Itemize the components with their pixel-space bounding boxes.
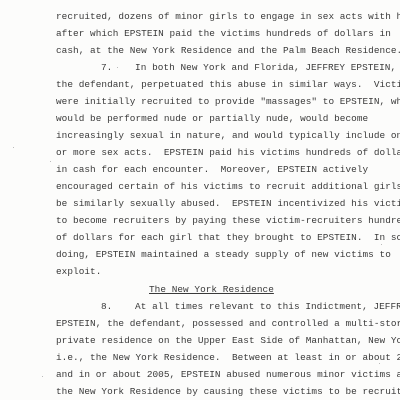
scan-speck xyxy=(381,244,382,245)
text-line: exploit. xyxy=(56,266,101,278)
text-line: after which EPSTEIN paid the victims hun… xyxy=(56,28,391,40)
text-line: or more sex acts. EPSTEIN paid his victi… xyxy=(56,147,400,159)
text-line: be similarly sexually abused. EPSTEIN in… xyxy=(56,198,400,210)
scan-speck xyxy=(379,363,380,364)
scan-speck xyxy=(42,376,43,377)
text-line: cash, at the New York Residence and the … xyxy=(56,45,400,57)
text-line: doing, EPSTEIN maintained a steady suppl… xyxy=(56,249,391,261)
text-line: the New York Residence by causing these … xyxy=(56,386,400,398)
text-line: were initially recruited to provide "mas… xyxy=(56,96,400,108)
text-line: private residence on the Upper East Side… xyxy=(56,335,400,347)
text-line: in cash for each encounter. Moreover, EP… xyxy=(56,164,368,176)
scan-speck xyxy=(50,161,51,162)
text-line: recruited, dozens of minor girls to enga… xyxy=(56,11,400,23)
text-line: encouraged certain of his victims to rec… xyxy=(56,181,400,193)
text-line: of dollars for each girl that they broug… xyxy=(56,232,400,244)
text-line: increasingly sexual in nature, and would… xyxy=(56,130,400,142)
text-line: would be performed nude or partially nud… xyxy=(56,113,368,125)
section-heading: The New York Residence xyxy=(149,284,274,296)
text-line: the defendant, perpetuated this abuse in… xyxy=(56,79,400,91)
text-line: to become recruiters by paying these vic… xyxy=(56,215,400,227)
text-line: i.e., the New York Residence. Between at… xyxy=(56,352,400,364)
text-line: 8. At all times relevant to this Indictm… xyxy=(101,301,400,313)
text-line: EPSTEIN, the defendant, possessed and co… xyxy=(56,318,400,330)
scan-speck xyxy=(13,147,14,148)
scan-speck xyxy=(117,67,118,68)
document-page: recruited, dozens of minor girls to enga… xyxy=(0,0,400,400)
text-line: and in or about 2005, EPSTEIN abused num… xyxy=(56,369,400,381)
text-line: 7. In both New York and Florida, JEFFREY… xyxy=(101,62,396,74)
